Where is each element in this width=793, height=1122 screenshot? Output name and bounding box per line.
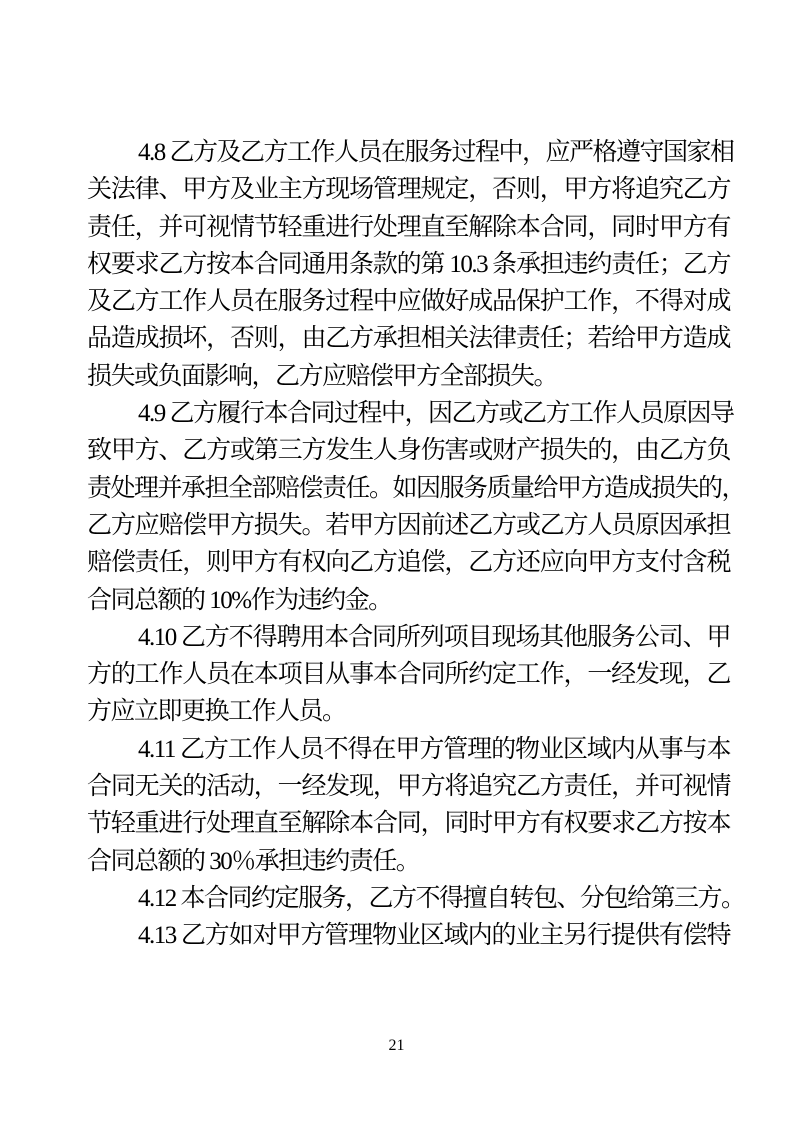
page-number: 21 [389, 1037, 405, 1054]
text-line: 损失或负面影响，乙方应赔偿甲方全部损失。 [87, 358, 730, 395]
paragraph-4.9: 4.9 乙方履行本合同过程中，因乙方或乙方工作人员原因导致甲方、乙方或第三方发生… [87, 395, 730, 619]
text-line: 节轻重进行处理直至解除本合同，同时甲方有权要求乙方按本 [87, 805, 730, 842]
paragraph-4.10: 4.10 乙方不得聘用本合同所列项目现场其他服务公司、甲方的工作人员在本项目从事… [87, 619, 730, 731]
text-line: 4.10 乙方不得聘用本合同所列项目现场其他服务公司、甲 [87, 619, 730, 656]
text-line: 合同总额的 30％承担违约责任。 [87, 843, 730, 880]
text-line: 品造成损坏，否则，由乙方承担相关法律责任；若给甲方造成 [87, 320, 730, 357]
paragraph-4.12: 4.12 本合同约定服务，乙方不得擅自转包、分包给第三方。 [87, 880, 730, 917]
text-line: 4.12 本合同约定服务，乙方不得擅自转包、分包给第三方。 [87, 880, 730, 917]
text-line: 权要求乙方按本合同通用条款的第 10.3 条承担违约责任；乙方 [87, 246, 730, 283]
paragraph-4.11: 4.11 乙方工作人员不得在甲方管理的物业区域内从事与本合同无关的活动，一经发现… [87, 731, 730, 880]
document-body: 4.8 乙方及乙方工作人员在服务过程中，应严格遵守国家相关法律、甲方及业主方现场… [87, 134, 730, 955]
document-page: 4.8 乙方及乙方工作人员在服务过程中，应严格遵守国家相关法律、甲方及业主方现场… [0, 0, 793, 1122]
text-line: 方的工作人员在本项目从事本合同所约定工作，一经发现，乙 [87, 656, 730, 693]
page-footer: 21 [0, 1036, 793, 1056]
text-line: 4.9 乙方履行本合同过程中，因乙方或乙方工作人员原因导 [87, 395, 730, 432]
text-line: 赔偿责任，则甲方有权向乙方追偿，乙方还应向甲方支付含税 [87, 544, 730, 581]
paragraph-4.8: 4.8 乙方及乙方工作人员在服务过程中，应严格遵守国家相关法律、甲方及业主方现场… [87, 134, 730, 395]
paragraph-4.13: 4.13 乙方如对甲方管理物业区域内的业主另行提供有偿特 [87, 917, 730, 954]
text-line: 责任，并可视情节轻重进行处理直至解除本合同，同时甲方有 [87, 209, 730, 246]
text-line: 方应立即更换工作人员。 [87, 693, 730, 730]
text-line: 4.8 乙方及乙方工作人员在服务过程中，应严格遵守国家相 [87, 134, 730, 171]
text-line: 及乙方工作人员在服务过程中应做好成品保护工作，不得对成 [87, 283, 730, 320]
text-line: 4.13 乙方如对甲方管理物业区域内的业主另行提供有偿特 [87, 917, 730, 954]
text-line: 责处理并承担全部赔偿责任。如因服务质量给甲方造成损失的， [87, 470, 730, 507]
text-line: 合同总额的 10%作为违约金。 [87, 582, 730, 619]
text-line: 关法律、甲方及业主方现场管理规定，否则，甲方将追究乙方 [87, 171, 730, 208]
text-line: 乙方应赔偿甲方损失。若甲方因前述乙方或乙方人员原因承担 [87, 507, 730, 544]
text-line: 4.11 乙方工作人员不得在甲方管理的物业区域内从事与本 [87, 731, 730, 768]
text-line: 致甲方、乙方或第三方发生人身伤害或财产损失的，由乙方负 [87, 432, 730, 469]
text-line: 合同无关的活动，一经发现，甲方将追究乙方责任，并可视情 [87, 768, 730, 805]
